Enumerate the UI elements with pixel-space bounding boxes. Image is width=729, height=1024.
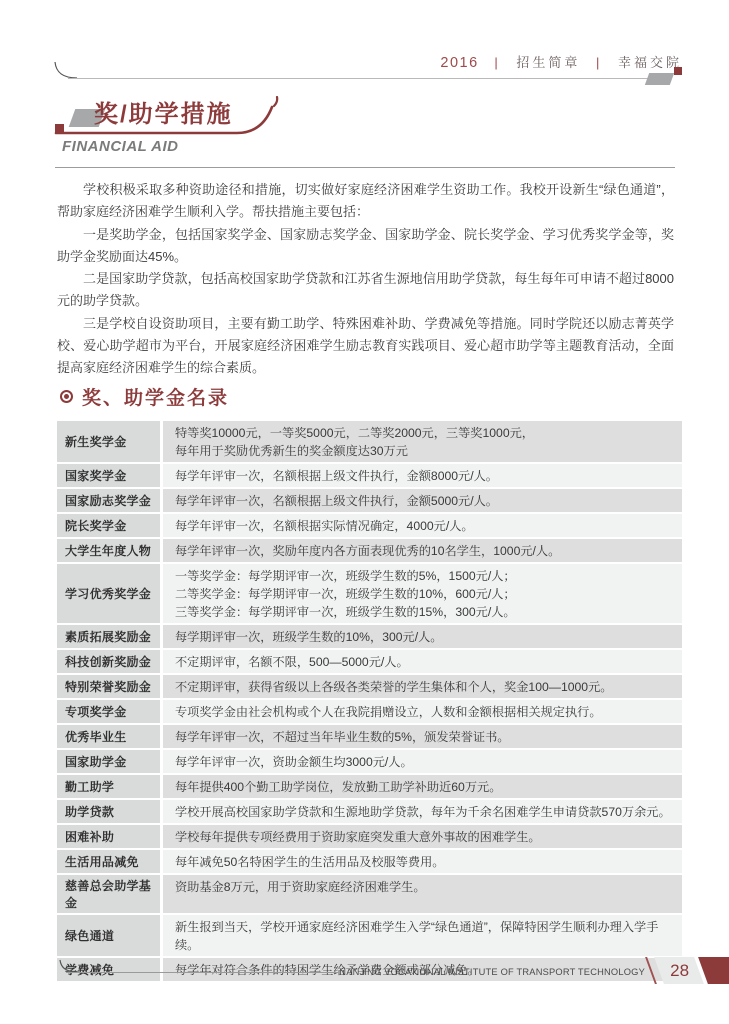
table-row: 学习优秀奖学金一等奖学金：每学期评审一次，班级学生数的5%，1500元/人；二等… (57, 564, 682, 623)
table-row: 国家励志奖学金每学年评审一次，名额根据上级文件执行，金额5000元/人。 (57, 489, 682, 512)
scholarship-description-line: 每年减免50名特困学生的生活用品及校服等费用。 (175, 853, 676, 871)
scholarship-description-line: 学校每年提供专项经费用于资助家庭突发重大意外事故的困难学生。 (175, 828, 676, 846)
title-divider (55, 167, 675, 168)
header-school-name: 幸福交院 (618, 55, 682, 70)
scholarship-description-line: 每学年评审一次，名额根据上级文件执行，金额8000元/人。 (175, 467, 676, 485)
table-row: 勤工助学每年提供400个勤工助学岗位，发放勤工助学补助近60万元。 (57, 775, 682, 798)
table-row: 素质拓展奖励金每学期评审一次，班级学生数的10%，300元/人。 (57, 625, 682, 648)
intro-paragraph: 三是学校自设资助项目，主要有勤工助学、特殊困难补助、学费减免等措施。同时学院还以… (57, 313, 674, 380)
table-row: 国家奖学金每学年评审一次，名额根据上级文件执行，金额8000元/人。 (57, 464, 682, 487)
scholarship-description: 资助基金8万元，用于资助家庭经济困难学生。 (163, 875, 682, 913)
scholarship-description: 特等奖10000元，一等奖5000元，二等奖2000元，三等奖1000元，每年用… (163, 421, 682, 462)
section-title: 奖、助学金名录 (82, 383, 229, 410)
scholarship-description-line: 资助基金8万元，用于资助家庭经济困难学生。 (175, 878, 676, 896)
scholarship-name: 助学贷款 (57, 800, 160, 823)
scholarship-description-line: 专项奖学金由社会机构或个人在我院捐赠设立，人数和金额根据相关规定执行。 (175, 703, 676, 721)
header-brochure-title: 招生简章 (516, 55, 580, 70)
table-row: 优秀毕业生每学年评审一次，不超过当年毕业生数的5%，颁发荣誉证书。 (57, 725, 682, 748)
scholarship-description-line: 不定期评审，获得省级以上各级各类荣誉的学生集体和个人，奖金100—1000元。 (175, 678, 676, 696)
scholarship-name: 国家励志奖学金 (57, 489, 160, 512)
scholarship-description-line: 学校开展高校国家助学贷款和生源地助学贷款，每年为千余名困难学生申请贷款570万余… (175, 803, 676, 821)
table-row: 特别荣誉奖励金不定期评审，获得省级以上各级各类荣誉的学生集体和个人，奖金100—… (57, 675, 682, 698)
scholarship-name: 困难补助 (57, 825, 160, 848)
scholarship-table: 新生奖学金特等奖10000元，一等奖5000元，二等奖2000元，三等奖1000… (57, 421, 682, 983)
scholarship-description-line: 每学年评审一次，资助金额生均3000元/人。 (175, 753, 676, 771)
scholarship-name: 国家助学金 (57, 750, 160, 773)
table-row: 助学贷款学校开展高校国家助学贷款和生源地助学贷款，每年为千余名困难学生申请贷款5… (57, 800, 682, 823)
header-parallelogram-icon (645, 73, 674, 85)
scholarship-description: 每学期评审一次，班级学生数的10%，300元/人。 (163, 625, 682, 648)
scholarship-description: 每年提供400个勤工助学岗位，发放勤工助学补助近60万元。 (163, 775, 682, 798)
scholarship-description: 每学年评审一次，奖励年度内各方面表现优秀的10名学生，1000元/人。 (163, 539, 682, 562)
header-year: 2016 (440, 55, 478, 71)
scholarship-name: 勤工助学 (57, 775, 160, 798)
header-rule (68, 78, 672, 79)
scholarship-name: 新生奖学金 (57, 421, 160, 462)
scholarship-name: 专项奖学金 (57, 700, 160, 723)
footer-rule (66, 972, 338, 973)
scholarship-description-line: 每年用于奖励优秀新生的奖金额度达30万元 (175, 442, 676, 460)
table-row: 生活用品减免每年减免50名特困学生的生活用品及校服等费用。 (57, 850, 682, 873)
page-title-english: FINANCIAL AID (62, 138, 179, 155)
scholarship-description-line: 三等奖学金：每学期评审一次，班级学生数的15%，300元/人。 (175, 603, 676, 621)
scholarship-name: 院长奖学金 (57, 514, 160, 537)
scholarship-description-line: 二等奖学金：每学期评审一次，班级学生数的10%，600元/人； (175, 585, 676, 603)
scholarship-description: 不定期评审，获得省级以上各级各类荣誉的学生集体和个人，奖金100—1000元。 (163, 675, 682, 698)
table-row: 新生奖学金特等奖10000元，一等奖5000元，二等奖2000元，三等奖1000… (57, 421, 682, 462)
scholarship-name: 大学生年度人物 (57, 539, 160, 562)
table-row: 困难补助学校每年提供专项经费用于资助家庭突发重大意外事故的困难学生。 (57, 825, 682, 848)
scholarship-name: 科技创新奖励金 (57, 650, 160, 673)
scholarship-description: 每学年评审一次，名额根据上级文件执行，金额5000元/人。 (163, 489, 682, 512)
scholarship-description: 每年减免50名特困学生的生活用品及校服等费用。 (163, 850, 682, 873)
intro-text: 学校积极采取多种资助途径和措施，切实做好家庭经济困难学生资助工作。我校开设新生“… (57, 179, 674, 380)
table-row: 国家助学金每学年评审一次，资助金额生均3000元/人。 (57, 750, 682, 773)
scholarship-name: 素质拓展奖励金 (57, 625, 160, 648)
scholarship-description: 一等奖学金：每学期评审一次，班级学生数的5%，1500元/人；二等奖学金：每学期… (163, 564, 682, 623)
scholarship-name: 生活用品减免 (57, 850, 160, 873)
scholarship-name: 国家奖学金 (57, 464, 160, 487)
intro-paragraph: 一是奖助学金，包括国家奖学金、国家励志奖学金、国家助学金、院长奖学金、学习优秀奖… (57, 224, 674, 269)
page-number-box: 28 (654, 957, 704, 984)
scholarship-description: 学校开展高校国家助学贷款和生源地助学贷款，每年为千余名困难学生申请贷款570万余… (163, 800, 682, 823)
scholarship-description: 每学年评审一次，资助金额生均3000元/人。 (163, 750, 682, 773)
bullet-icon (60, 390, 73, 403)
scholarship-description: 不定期评审，名额不限，500—5000元/人。 (163, 650, 682, 673)
scholarship-description-line: 每学年评审一次，不超过当年毕业生数的5%，颁发荣誉证书。 (175, 728, 676, 746)
header-separator: | (494, 55, 500, 70)
scholarship-description: 专项奖学金由社会机构或个人在我院捐赠设立，人数和金额根据相关规定执行。 (163, 700, 682, 723)
scholarship-name: 学习优秀奖学金 (57, 564, 160, 623)
scholarship-description-line: 新生报到当天，学校开通家庭经济困难学生入学“绿色通道”，保障特困学生顺利办理入学… (175, 918, 676, 954)
header-square-icon (674, 67, 682, 75)
intro-paragraph: 学校积极采取多种资助途径和措施，切实做好家庭经济困难学生资助工作。我校开设新生“… (57, 179, 674, 224)
scholarship-description: 每学年评审一次，名额根据实际情况确定，4000元/人。 (163, 514, 682, 537)
scholarship-description: 每学年评审一次，名额根据上级文件执行，金额8000元/人。 (163, 464, 682, 487)
scholarship-description-line: 每学期评审一次，班级学生数的10%，300元/人。 (175, 628, 676, 646)
scholarship-description-line: 每学年评审一次，名额根据上级文件执行，金额5000元/人。 (175, 492, 676, 510)
table-row: 大学生年度人物每学年评审一次，奖励年度内各方面表现优秀的10名学生，1000元/… (57, 539, 682, 562)
footer-institute-name: NANJING VOCATIONAL INSTITUTE OF TRANSPOR… (330, 967, 645, 977)
table-row: 专项奖学金专项奖学金由社会机构或个人在我院捐赠设立，人数和金额根据相关规定执行。 (57, 700, 682, 723)
scholarship-name: 优秀毕业生 (57, 725, 160, 748)
table-row: 绿色通道新生报到当天，学校开通家庭经济困难学生入学“绿色通道”，保障特困学生顺利… (57, 915, 682, 956)
scholarship-description: 新生报到当天，学校开通家庭经济困难学生入学“绿色通道”，保障特困学生顺利办理入学… (163, 915, 682, 956)
brochure-page: 2016 | 招生简章 | 幸福交院 奖/助学措施 FINANCIAL AID … (0, 0, 729, 1024)
scholarship-name: 绿色通道 (57, 915, 160, 956)
footer-rule-hook (58, 958, 80, 976)
section-heading: 奖、助学金名录 (60, 383, 229, 410)
scholarship-description-line: 一等奖学金：每学期评审一次，班级学生数的5%，1500元/人； (175, 567, 676, 585)
header-separator: | (596, 55, 602, 70)
intro-paragraph: 二是国家助学贷款，包括高校国家助学贷款和江苏省生源地信用助学贷款，每生每年可申请… (57, 268, 674, 313)
scholarship-description-line: 特等奖10000元，一等奖5000元，二等奖2000元，三等奖1000元， (175, 424, 676, 442)
scholarship-description-line: 每学年评审一次，奖励年度内各方面表现优秀的10名学生，1000元/人。 (175, 542, 676, 560)
page-title: 奖/助学措施 (94, 94, 233, 129)
table-row: 慈善总会助学基金资助基金8万元，用于资助家庭经济困难学生。 (57, 875, 682, 913)
scholarship-description: 学校每年提供专项经费用于资助家庭突发重大意外事故的困难学生。 (163, 825, 682, 848)
page-header: 2016 | 招生简章 | 幸福交院 (440, 52, 682, 71)
scholarship-description-line: 每学年评审一次，名额根据实际情况确定，4000元/人。 (175, 517, 676, 535)
scholarship-description: 每学年评审一次，不超过当年毕业生数的5%，颁发荣誉证书。 (163, 725, 682, 748)
table-row: 院长奖学金每学年评审一次，名额根据实际情况确定，4000元/人。 (57, 514, 682, 537)
table-row: 科技创新奖励金不定期评审，名额不限，500—5000元/人。 (57, 650, 682, 673)
scholarship-description-line: 每年提供400个勤工助学岗位，发放勤工助学补助近60万元。 (175, 778, 676, 796)
page-number: 28 (670, 961, 689, 981)
scholarship-description-line: 不定期评审，名额不限，500—5000元/人。 (175, 653, 676, 671)
scholarship-name: 特别荣誉奖励金 (57, 675, 160, 698)
scholarship-name: 慈善总会助学基金 (57, 875, 160, 913)
